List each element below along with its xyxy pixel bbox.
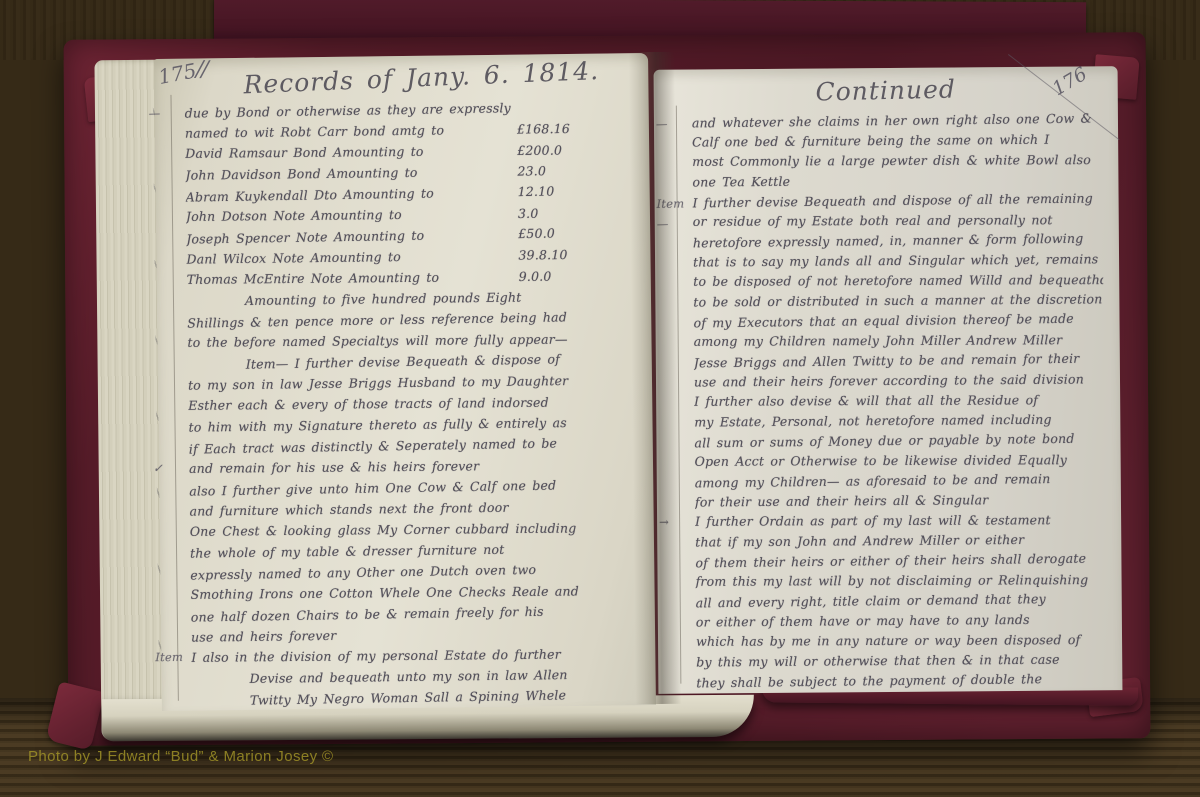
manuscript-line: I further also devise & will that all th… [694,390,1104,412]
book-gutter-shadow [629,52,682,704]
manuscript-line: use and their heirs forever according to… [694,369,1104,392]
manuscript-text: to be disposed of not heretofore named W… [693,270,1103,292]
manuscript-text: use and their heirs forever according to… [694,369,1104,392]
manuscript-text: that is to say my lands all and Singular… [693,249,1103,272]
manuscript-text: for their use and their heirs all & Sing… [695,489,1105,512]
right-page: 176 Continued —and whatever she claims i… [654,66,1123,694]
manuscript-line: to be disposed of not heretofore named W… [693,270,1103,292]
ledger-amount: £168.16 [517,117,635,139]
manuscript-text: which has by me in any nature or way bee… [696,630,1106,652]
margin-note: — [149,103,183,125]
ledger-amount: £200.0 [517,139,635,161]
manuscript-text: they shall be subject to the payment of … [696,668,1106,693]
manuscript-text: Calf one bed & furniture being the same … [692,129,1102,152]
manuscript-line: which has by me in any nature or way bee… [696,630,1106,652]
ledger-amount: 12.10 [518,179,636,202]
ledger-amount: £50.0 [518,221,636,244]
manuscript-line: most Commonly lie a large pewter dish & … [692,150,1102,172]
manuscript-text: I further also devise & will that all th… [694,390,1104,412]
manuscript-text: I further Ordain as part of my last will… [695,510,1105,532]
photographer-watermark: Photo by J Edward “Bud” & Marion Josey © [28,748,334,765]
left-page: 175∕∕ Records of Jany. 6. 1814. —due by … [154,53,656,711]
ledger-amount: 23.0 [517,159,635,181]
manuscript-text: or either of them have or may have to an… [696,609,1106,632]
manuscript-line: they shall be subject to the payment of … [696,668,1106,693]
manuscript-line: or either of them have or may have to an… [696,609,1106,632]
right-page-header: Continued [653,71,1118,110]
right-page-manuscript-body: —and whatever she claims in her own righ… [654,109,1123,693]
manuscript-line: Calf one bed & furniture being the same … [692,129,1102,152]
margin-note: ✓ [153,458,187,479]
ledger-amount: 39.8.10 [518,243,636,265]
margin-note: Item [155,647,189,668]
left-page-manuscript-body: —due by Bond or otherwise as they are ex… [155,96,656,711]
ledger-amount: 9.0.0 [519,265,637,287]
manuscript-line: for their use and their heirs all & Sing… [695,489,1105,512]
manuscript-line: that is to say my lands all and Singular… [693,249,1103,272]
manuscript-line: →I further Ordain as part of my last wil… [695,510,1105,532]
manuscript-text: most Commonly lie a large pewter dish & … [692,150,1102,172]
